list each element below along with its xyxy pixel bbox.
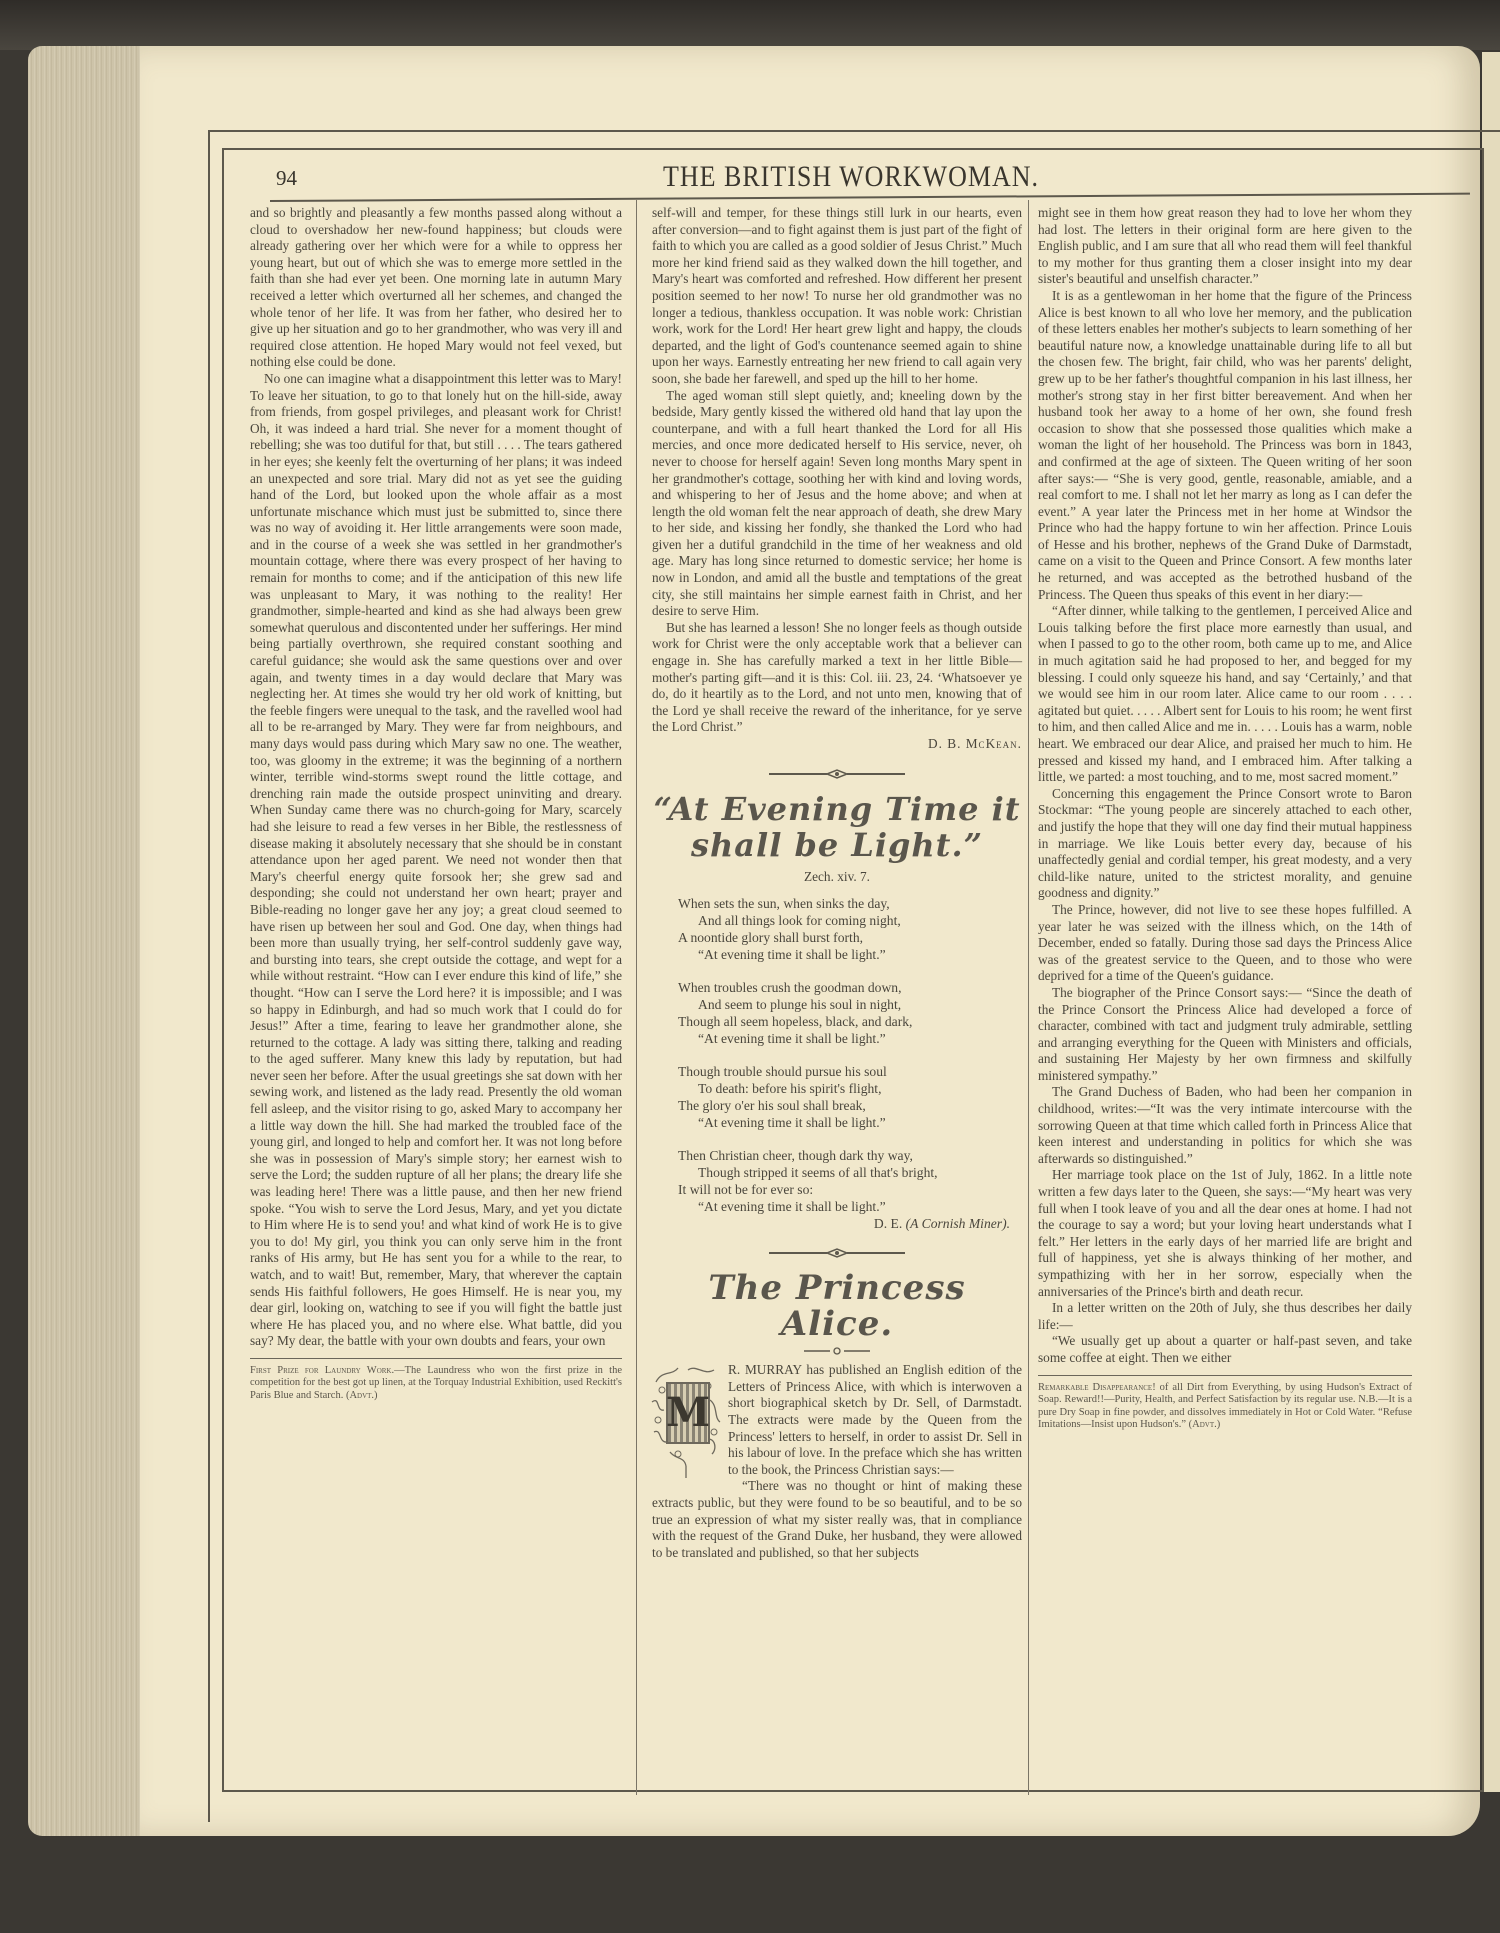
drop-cap-letter: M bbox=[666, 1382, 710, 1444]
paragraph: The biographer of the Prince Consort say… bbox=[1038, 985, 1412, 1085]
paragraph: “There was no thought or hint of making … bbox=[652, 1478, 1022, 1561]
poem-title: “At Evening Time it shall be Light.” bbox=[652, 791, 1022, 863]
poem-stanza: When sets the sun, when sinks the day, A… bbox=[678, 895, 1022, 963]
poem-line: “At evening time it shall be light.” bbox=[678, 1114, 1022, 1131]
column-2: self-will and temper, for these things s… bbox=[652, 205, 1022, 1561]
poem-line: It will not be for ever so: bbox=[678, 1181, 1022, 1198]
poem-line: “At evening time it shall be light.” bbox=[678, 1198, 1022, 1215]
paragraph: and so brightly and pleasantly a few mon… bbox=[250, 205, 622, 371]
poem-line: When troubles crush the goodman down, bbox=[678, 979, 1022, 996]
section-ornament bbox=[652, 767, 1022, 781]
paragraph: The Prince, however, did not live to see… bbox=[1038, 902, 1412, 985]
paragraph: But she has learned a lesson! She no lon… bbox=[652, 620, 1022, 736]
paragraph: self-will and temper, for these things s… bbox=[652, 205, 1022, 388]
paragraph: “We usually get up about a quarter or ha… bbox=[1038, 1333, 1412, 1366]
poem-line: And all things look for coming night, bbox=[678, 912, 1022, 929]
advert-tag: (Advt.) bbox=[346, 1390, 378, 1401]
poem-stanza: Then Christian cheer, though dark thy wa… bbox=[678, 1147, 1022, 1215]
poem-author-note: (A Cornish Miner). bbox=[906, 1216, 1010, 1231]
poem: When sets the sun, when sinks the day, A… bbox=[678, 895, 1022, 1232]
book-page-edges bbox=[28, 46, 148, 1836]
poem-line: Though all seem hopeless, black, and dar… bbox=[678, 1013, 1022, 1030]
poem-author-initials: D. E. bbox=[874, 1216, 902, 1231]
scan-backdrop bbox=[0, 0, 1500, 50]
poem-citation: Zech. xiv. 7. bbox=[652, 869, 1022, 886]
paragraph: Her marriage took place on the 1st of Ju… bbox=[1038, 1167, 1412, 1300]
advertisement-laundry: First Prize for Laundry Work.—The Laundr… bbox=[250, 1358, 622, 1403]
poem-line: Though trouble should pursue his soul bbox=[678, 1063, 1022, 1080]
advert-title: First Prize for Laundry Work. bbox=[250, 1365, 394, 1376]
small-ornament bbox=[652, 1346, 1022, 1356]
section-ornament bbox=[652, 1246, 1022, 1260]
advertisement-soap: Remarkable Disappearance! of all Dirt fr… bbox=[1038, 1375, 1412, 1432]
small-divider-icon bbox=[802, 1346, 872, 1356]
paragraph: In a letter written on the 20th of July,… bbox=[1038, 1300, 1412, 1333]
paragraph: The aged woman still slept quietly, and;… bbox=[652, 388, 1022, 620]
paragraph: No one can imagine what a disappointment… bbox=[250, 371, 622, 1350]
advert-tag: (Advt.) bbox=[1189, 1419, 1221, 1430]
paragraph: “After dinner, while talking to the gent… bbox=[1038, 603, 1412, 786]
paragraph: The Grand Duchess of Baden, who had been… bbox=[1038, 1084, 1412, 1167]
poem-stanza: When troubles crush the goodman down, An… bbox=[678, 979, 1022, 1047]
poem-stanza: Though trouble should pursue his soul To… bbox=[678, 1063, 1022, 1131]
column-1: and so brightly and pleasantly a few mon… bbox=[250, 205, 622, 1402]
masthead-title: THE BRITISH WORKWOMAN. bbox=[222, 160, 1480, 195]
advert-title: Remarkable Disappearance! bbox=[1038, 1382, 1156, 1393]
paragraph: might see in them how great reason they … bbox=[1038, 205, 1412, 288]
poem-line: And seem to plunge his soul in night, bbox=[678, 996, 1022, 1013]
poem-line: Then Christian cheer, though dark thy wa… bbox=[678, 1147, 1022, 1164]
poem-line: When sets the sun, when sinks the day, bbox=[678, 895, 1022, 912]
flourish-divider-icon bbox=[767, 1246, 907, 1260]
poem-line: “At evening time it shall be light.” bbox=[678, 1030, 1022, 1047]
article-title: The Princess Alice. bbox=[652, 1270, 1022, 1342]
column-3: might see in them how great reason they … bbox=[1038, 205, 1412, 1432]
article-body: M R. MURRAY has published an English edi… bbox=[652, 1362, 1022, 1561]
author-signature: D. B. McKean. bbox=[652, 736, 1022, 753]
poem-line: Though stripped it seems of all that's b… bbox=[678, 1164, 1022, 1181]
column-divider-2 bbox=[1028, 200, 1029, 1795]
poem-line: A noontide glory shall burst forth, bbox=[678, 929, 1022, 946]
poem-line: To death: before his spirit's flight, bbox=[678, 1080, 1022, 1097]
paragraph: Concerning this engagement the Prince Co… bbox=[1038, 786, 1412, 902]
poem-signature: D. E. (A Cornish Miner). bbox=[678, 1215, 1010, 1232]
poem-line: The glory o'er his soul shall break, bbox=[678, 1097, 1022, 1114]
paragraph: It is as a gentlewoman in her home that … bbox=[1038, 288, 1412, 603]
flourish-divider-icon bbox=[767, 767, 907, 781]
column-divider-1 bbox=[636, 200, 637, 1795]
illuminated-drop-cap: M bbox=[648, 1362, 722, 1480]
poem-line: “At evening time it shall be light.” bbox=[678, 946, 1022, 963]
